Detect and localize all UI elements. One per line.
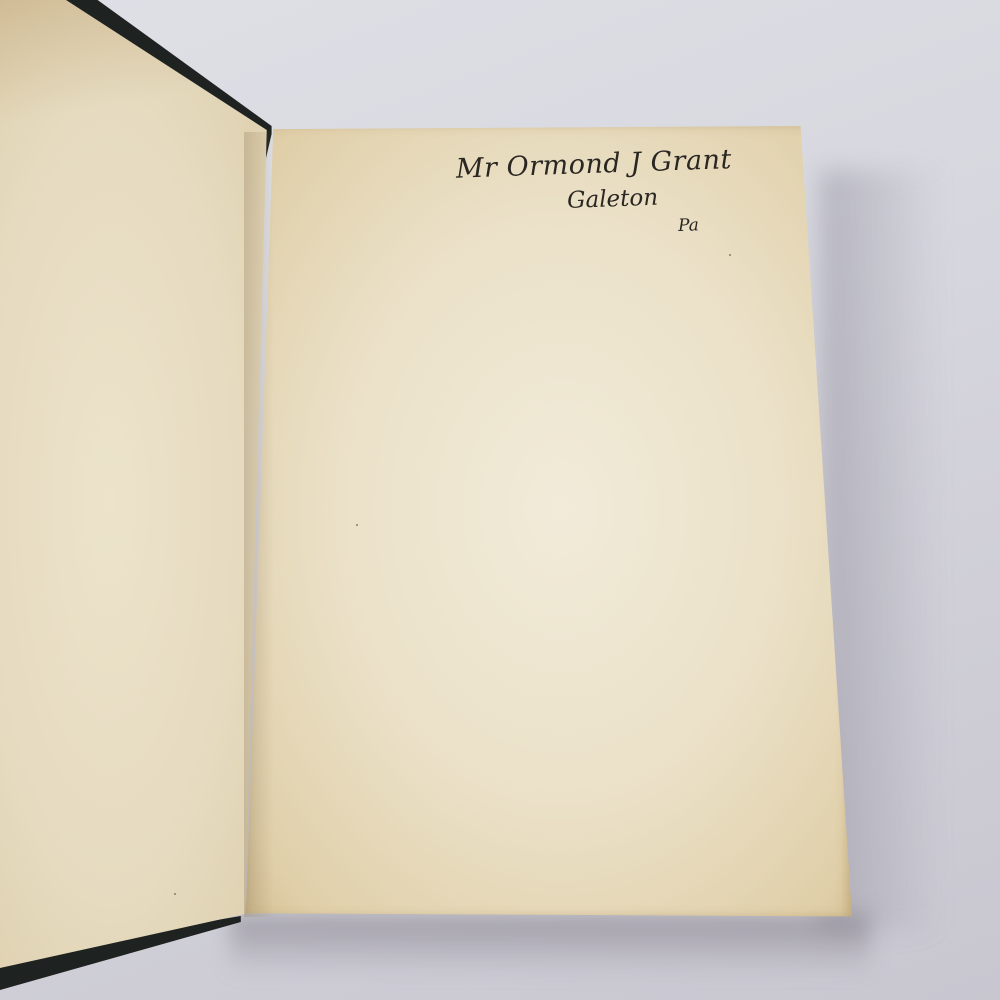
inscription-name: Mr Ormond J Grant bbox=[455, 144, 732, 185]
paper-speck bbox=[356, 524, 358, 526]
left-endpaper-toning bbox=[0, 0, 275, 1000]
paper-speck bbox=[729, 254, 731, 256]
book-shadow-bottom bbox=[230, 915, 870, 975]
handwritten-inscription: Mr Ormond J Grant Galeton Pa bbox=[453, 140, 786, 251]
inscription-state: Pa bbox=[678, 215, 699, 236]
inscription-town: Galeton bbox=[567, 185, 659, 214]
photo-scene: Mr Ormond J Grant Galeton Pa bbox=[0, 0, 1000, 1000]
book-gutter bbox=[244, 132, 274, 917]
paper-speck bbox=[174, 893, 176, 895]
